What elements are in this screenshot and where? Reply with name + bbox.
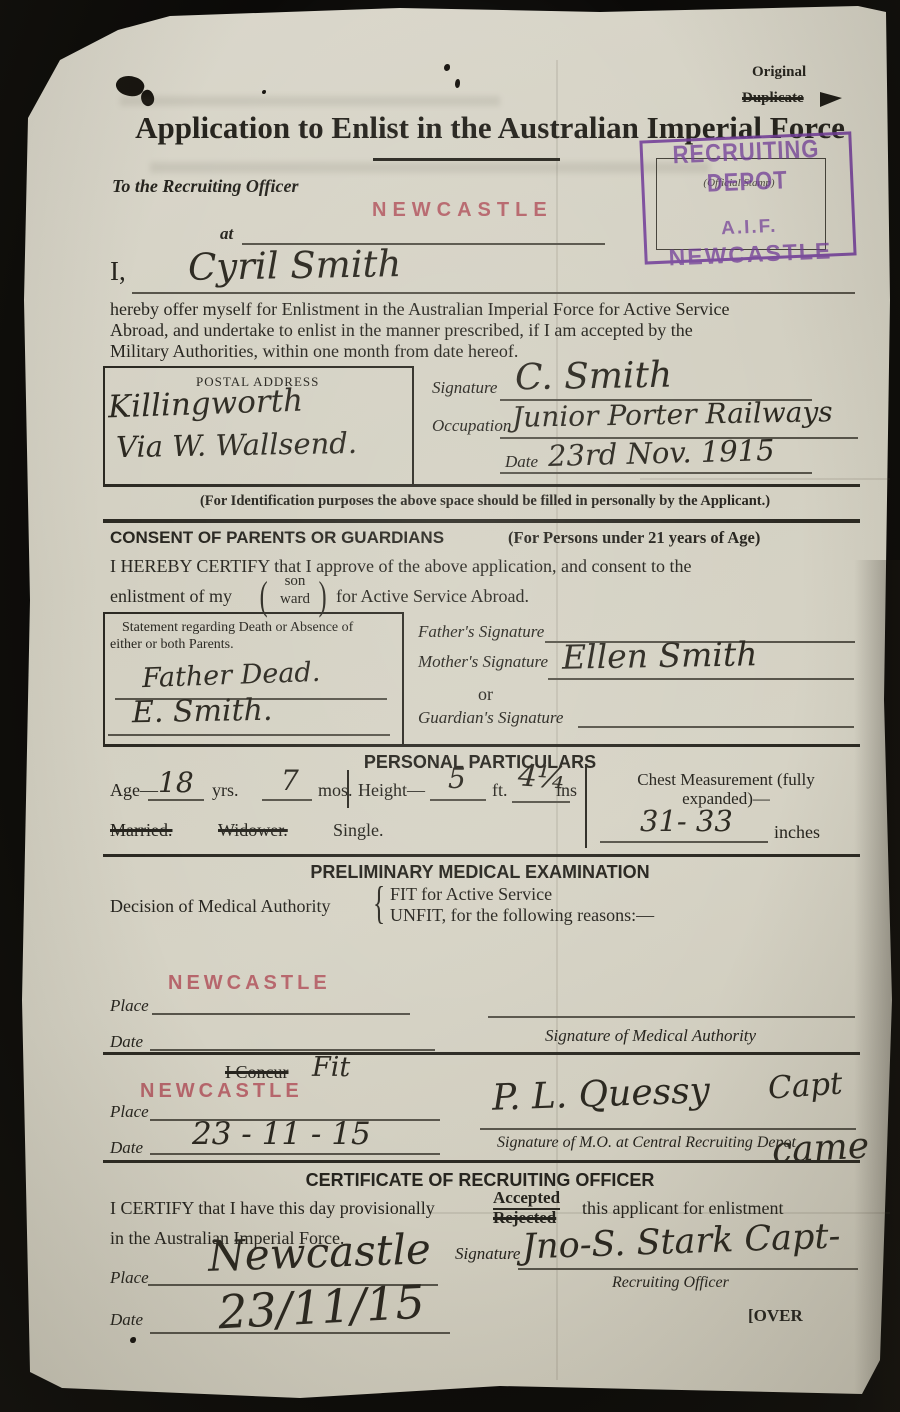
newcastle-stamp: NEWCASTLE	[372, 199, 553, 222]
guardian-signature-label: Guardian's Signature	[418, 708, 563, 728]
concur-date-label: Date	[110, 1138, 143, 1158]
title-underline	[373, 158, 560, 161]
chest-line	[600, 841, 768, 843]
certificate-date-line	[150, 1332, 450, 1334]
particulars-divider	[347, 770, 349, 808]
certificate-place-value: Newcastle	[207, 1224, 431, 1281]
date-line	[500, 472, 812, 474]
over-label: [OVER	[748, 1306, 803, 1326]
consent-heading: CONSENT OF PARENTS OR GUARDIANS	[110, 528, 444, 548]
mother-signature-label: Mother's Signature	[418, 652, 548, 672]
recruiting-depot-stamp: RECRUITING DEPOT A.I.F. NEWCASTLE	[639, 131, 856, 264]
widower-option-struck: Widower.	[218, 820, 288, 841]
age-years-value: 18	[158, 766, 194, 799]
height-feet-line	[430, 799, 486, 801]
statement-value-2: E. Smith.	[132, 693, 273, 730]
statement-label-2: either or both Parents.	[110, 637, 234, 653]
statement-value-1: Father Dead.	[142, 657, 321, 694]
accepted-option: Accepted	[493, 1188, 560, 1210]
chest-label-1: Chest Measurement (fully	[598, 770, 854, 790]
ft-label: ft.	[492, 780, 508, 801]
particulars-divider	[585, 764, 587, 848]
signature-label: Signature	[432, 378, 497, 398]
section-rule	[103, 854, 860, 857]
section-rule	[103, 1160, 860, 1163]
mo-signature-label: Signature of M.O. at Central Recruiting …	[497, 1134, 796, 1152]
decision-label: Decision of Medical Authority	[110, 896, 330, 917]
medical-date-line	[150, 1049, 435, 1051]
date-value: 23rd Nov. 1915	[548, 433, 775, 473]
statement-line-2	[108, 734, 390, 736]
age-years-line	[148, 799, 204, 801]
identification-note: (For Identification purposes the above s…	[115, 493, 855, 510]
certificate-signature-line	[518, 1268, 858, 1270]
occupation-value: Junior Porter Railways	[512, 395, 833, 434]
newcastle-stamp: NEWCASTLE	[140, 1080, 303, 1103]
medical-signature-line	[488, 1016, 855, 1018]
certificate-line1-pre: I CERTIFY that I have this day provision…	[110, 1198, 435, 1219]
consent-line2-post: for Active Service Abroad.	[336, 586, 529, 607]
medical-date-label: Date	[110, 1032, 143, 1052]
consent-line2-pre: enlistment of my	[110, 586, 232, 607]
occupation-label: Occupation	[432, 416, 511, 436]
son-option: son	[272, 573, 318, 590]
medical-signature-label: Signature of Medical Authority	[545, 1026, 756, 1046]
at-label: at	[220, 224, 233, 244]
chest-value: 31- 33	[640, 804, 733, 838]
ward-option: ward	[272, 591, 318, 608]
guardian-signature-line	[578, 726, 854, 728]
mother-signature-value: Ellen Smith	[562, 634, 758, 676]
declaration-line2: Abroad, and undertake to enlist in the m…	[110, 320, 693, 341]
mother-signature-line	[548, 678, 854, 680]
single-option: Single.	[333, 820, 384, 841]
mo-rank-value: Capt	[767, 1065, 844, 1106]
married-option-struck: Married.	[110, 820, 172, 841]
section-rule	[103, 484, 860, 487]
i-label: I,	[110, 256, 126, 287]
inches-label: inches	[774, 822, 820, 843]
section-rule	[103, 1052, 860, 1055]
section-rule	[103, 744, 860, 747]
paper-crease	[640, 478, 890, 480]
concur-date-value: 23 - 11 - 15	[192, 1116, 371, 1152]
concur-date-line	[150, 1153, 440, 1155]
age-months-value: 7	[281, 764, 299, 797]
father-signature-label: Father's Signature	[418, 622, 544, 642]
strike-arrow-mark	[820, 92, 842, 107]
certificate-signature-label: Signature	[455, 1244, 520, 1264]
declaration-line3: Military Authorities, within one month f…	[110, 341, 518, 362]
ink-bleedthrough	[150, 162, 710, 173]
consent-heading-sub: (For Persons under 21 years of Age)	[508, 528, 760, 548]
scanned-enlistment-form: Original Duplicate Application to Enlist…	[0, 0, 900, 1412]
recruiting-officer-label: Recruiting Officer	[612, 1274, 729, 1292]
certificate-heading: CERTIFICATE OF RECRUITING OFFICER	[110, 1170, 850, 1191]
age-label: Age—	[110, 780, 158, 801]
newcastle-stamp: NEWCASTLE	[168, 972, 331, 995]
depot-stamp-line1: RECRUITING DEPOT	[642, 133, 850, 202]
decision-brace: {	[373, 876, 385, 929]
unfit-option: UNFIT, for the following reasons:—	[390, 905, 654, 926]
mo-signature-value: P. L. Quessy	[491, 1070, 710, 1119]
certificate-date-label: Date	[110, 1310, 143, 1330]
scan-edge-shadow	[854, 560, 900, 1412]
certificate-date-value: 23/11/15	[217, 1275, 426, 1340]
duplicate-label-struck: Duplicate	[742, 90, 804, 107]
postal-address-line2: Via W. Wallsend.	[116, 426, 358, 464]
concur-place-label: Place	[110, 1102, 149, 1122]
height-feet-value: 5	[448, 762, 466, 795]
signature-value: C. Smith	[515, 355, 673, 399]
age-months-line	[262, 799, 312, 801]
fit-option: FIT for Active Service	[390, 884, 552, 905]
or-label: or	[478, 684, 493, 705]
height-label: Height—	[358, 780, 425, 801]
declaration-line1: hereby offer myself for Enlistment in th…	[110, 299, 729, 320]
section-rule	[103, 519, 860, 523]
date-label: Date	[505, 452, 538, 472]
medical-place-label: Place	[110, 996, 149, 1016]
concur-fit-value: Fit	[312, 1052, 350, 1083]
consent-line1: I HEREBY CERTIFY that I approve of the a…	[110, 556, 691, 577]
medical-heading: PRELIMINARY MEDICAL EXAMINATION	[110, 862, 850, 883]
name-line	[132, 292, 855, 294]
ink-bleedthrough	[120, 96, 500, 106]
certificate-place-label: Place	[110, 1268, 149, 1288]
applicant-name-handwritten: Cyril Smith	[188, 242, 402, 289]
postal-address-line1: Killingworth	[107, 383, 303, 426]
medical-place-line	[152, 1013, 410, 1015]
statement-label-1: Statement regarding Death or Absence of	[122, 620, 353, 636]
ins-label: ins	[556, 780, 577, 801]
original-label: Original	[752, 64, 806, 81]
yrs-label: yrs.	[212, 780, 239, 801]
certificate-line1-post: this applicant for enlistment	[582, 1198, 783, 1219]
rejected-option-struck: Rejected	[493, 1208, 556, 1228]
height-inches-line	[512, 801, 570, 803]
salutation: To the Recruiting Officer	[112, 176, 299, 197]
